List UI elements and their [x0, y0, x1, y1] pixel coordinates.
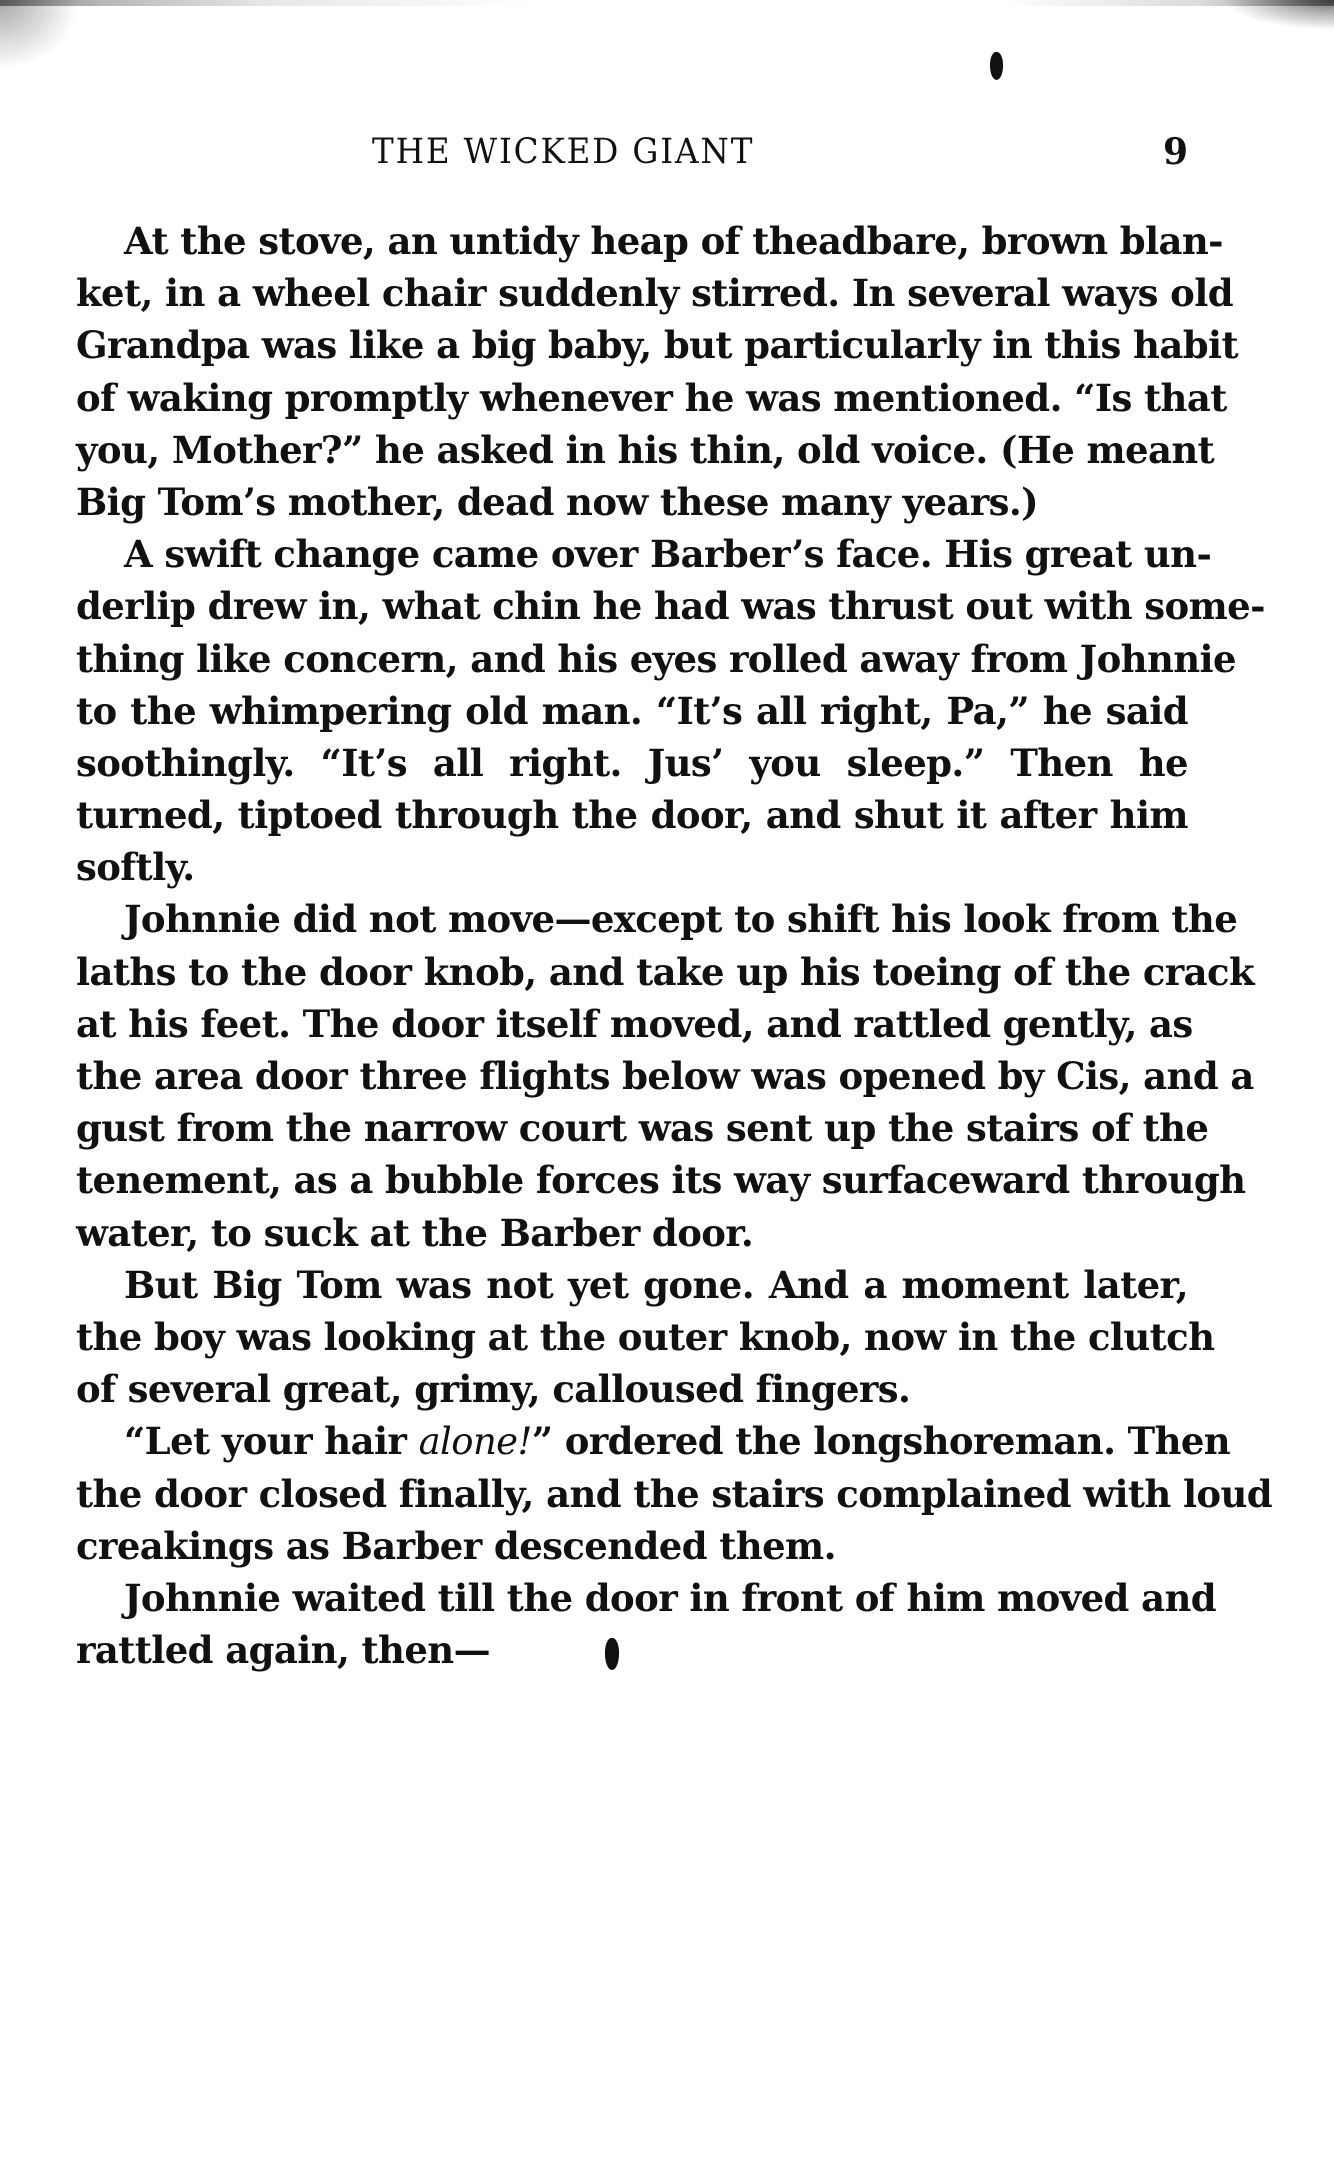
italic-emphasis: alone! [419, 1420, 532, 1463]
text-line: creakings as Barber descended them. [76, 1520, 1188, 1572]
running-head-title: THE WICKED GIANT [372, 132, 754, 172]
ink-blot-icon [605, 1638, 619, 1670]
text-line: A swift change came over Barber’s face. … [76, 528, 1188, 580]
text-line: turned, tiptoed through the door, and sh… [76, 789, 1188, 841]
text-segment: ” ordered the longshoreman. Then [532, 1419, 1230, 1463]
text-line: the area door three flights below was op… [76, 1050, 1188, 1102]
text-line: thing like concern, and his eyes rolled … [76, 633, 1188, 685]
text-line: At the stove, an untidy heap of theadbar… [76, 215, 1188, 267]
scan-corner-artifact [0, 0, 80, 70]
body-text: At the stove, an untidy heap of theadbar… [76, 215, 1188, 1676]
text-line: at his feet. The door itself moved, and … [76, 998, 1188, 1050]
book-page: THE WICKED GIANT 9 At the stove, an unti… [0, 0, 1334, 2161]
text-line: the boy was looking at the outer knob, n… [76, 1311, 1188, 1363]
text-line: to the whimpering old man. “It’s all rig… [76, 685, 1188, 737]
scan-edge-artifact [0, 0, 1334, 6]
text-line: derlip drew in, what chin he had was thr… [76, 580, 1188, 632]
scan-corner-artifact [1224, 0, 1334, 30]
text-line: water, to suck at the Barber door. [76, 1207, 1188, 1259]
text-line: you, Mother?” he asked in his thin, old … [76, 424, 1188, 476]
text-line: soothingly. “It’s all right. Jus’ you sl… [76, 737, 1188, 789]
text-line: tenement, as a bubble forces its way sur… [76, 1154, 1188, 1206]
text-line: rattled again, then— [76, 1624, 1188, 1676]
text-line: laths to the door knob, and take up his … [76, 946, 1188, 998]
text-segment: “Let your hair [124, 1419, 419, 1463]
text-line: softly. [76, 841, 1188, 893]
text-line: of several great, grimy, calloused finge… [76, 1363, 1188, 1415]
text-line: “Let your hair alone!” ordered the longs… [76, 1415, 1188, 1467]
text-line: ket, in a wheel chair suddenly stirred. … [76, 267, 1188, 319]
text-line: Grandpa was like a big baby, but particu… [76, 319, 1188, 371]
text-line: of waking promptly whenever he was menti… [76, 372, 1188, 424]
text-line: But Big Tom was not yet gone. And a mome… [76, 1259, 1188, 1311]
text-line: gust from the narrow court was sent up t… [76, 1102, 1188, 1154]
text-line: Johnnie did not move—except to shift his… [76, 893, 1188, 945]
page-number: 9 [1163, 132, 1188, 172]
text-line: Johnnie waited till the door in front of… [76, 1572, 1188, 1624]
text-line: the door closed finally, and the stairs … [76, 1468, 1188, 1520]
ink-blot-icon [990, 52, 1003, 80]
text-line: Big Tom’s mother, dead now these many ye… [76, 476, 1188, 528]
